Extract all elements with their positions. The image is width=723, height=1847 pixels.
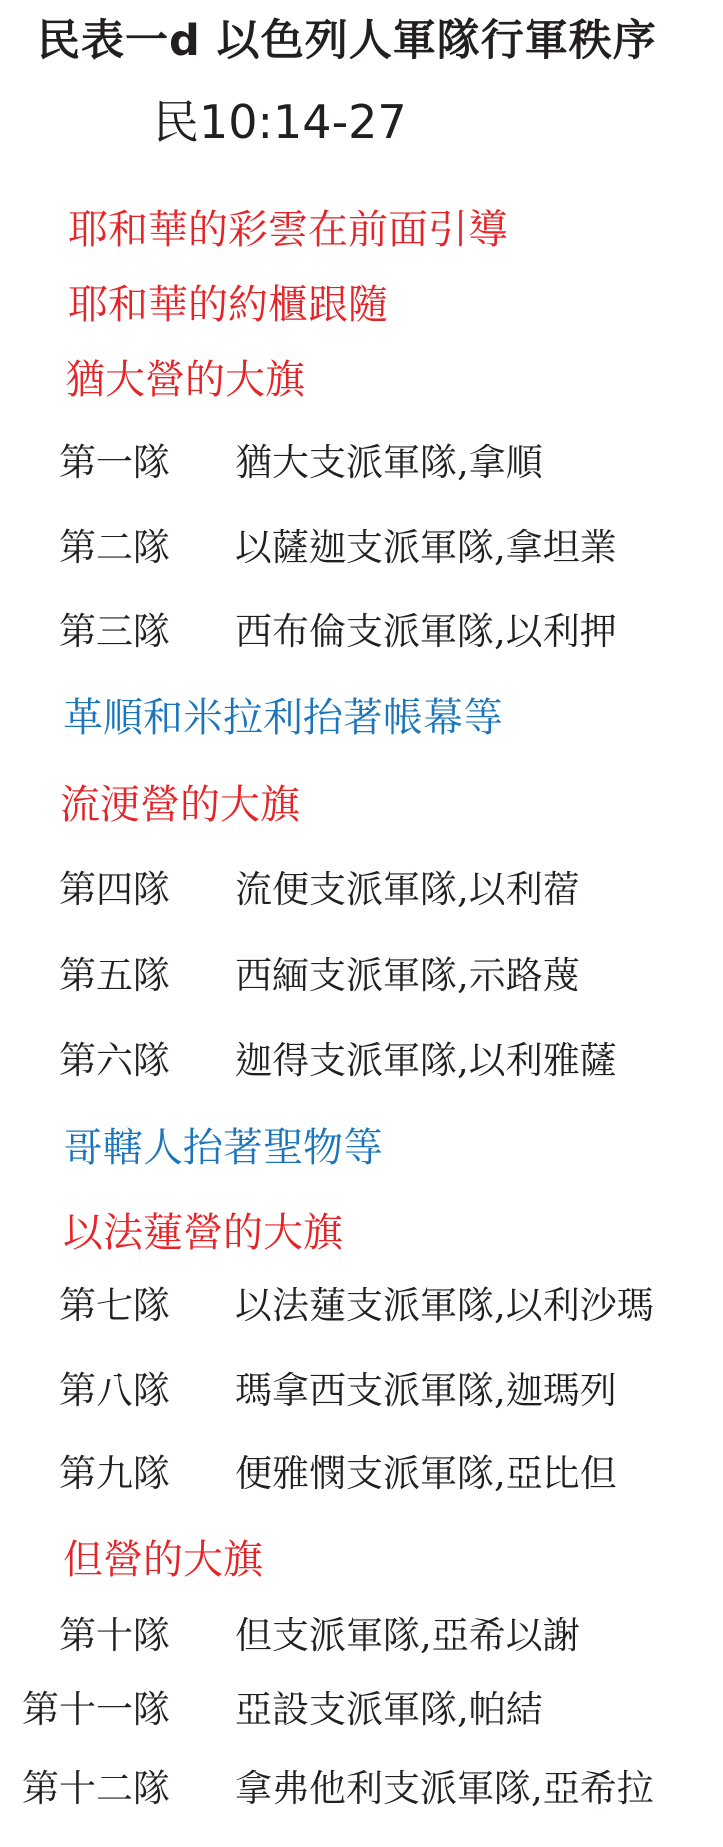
document-page: 民表一d 以色列人軍隊行軍秩序 民10:14-27 耶和華的彩雲在前面引導 耶和… xyxy=(0,0,723,1847)
camp-heading-reuben: 流浭營的大旗 xyxy=(60,785,300,825)
camp-heading-ephraim: 以法蓮營的大旗 xyxy=(63,1213,343,1253)
squad-label: 第二隊 xyxy=(0,529,170,566)
squad-detail: 亞設支派軍隊,帕結 xyxy=(235,1691,543,1728)
levite-note-gershon-merari: 革順和米拉利抬著帳幕等 xyxy=(63,698,503,738)
squad-label: 第九隊 xyxy=(0,1455,170,1492)
squad-label: 第三隊 xyxy=(0,613,170,650)
camp-heading-judah: 猶大營的大旗 xyxy=(65,360,305,400)
squad-row: 第二隊 以薩迦支派軍隊,拿坦業 xyxy=(0,529,723,571)
squad-label: 第八隊 xyxy=(0,1372,170,1409)
squad-detail: 流便支派軍隊,以利蓿 xyxy=(235,871,580,908)
squad-detail: 但支派軍隊,亞希以謝 xyxy=(235,1617,580,1654)
squad-row: 第五隊 西緬支派軍隊,示路蔑 xyxy=(0,957,723,999)
squad-label: 第十隊 xyxy=(0,1617,170,1654)
squad-detail: 西緬支派軍隊,示路蔑 xyxy=(235,957,580,994)
squad-row: 第九隊 便雅憫支派軍隊,亞比但 xyxy=(0,1455,723,1497)
squad-row: 第八隊 瑪拿西支派軍隊,迦瑪列 xyxy=(0,1372,723,1414)
squad-label: 第十一隊 xyxy=(0,1691,170,1728)
camp-heading-dan: 但營的大旗 xyxy=(63,1540,263,1580)
squad-row: 第十一隊 亞設支派軍隊,帕結 xyxy=(0,1691,723,1733)
squad-label: 第十二隊 xyxy=(0,1770,170,1807)
squad-detail: 拿弗他利支派軍隊,亞希拉 xyxy=(235,1770,654,1807)
page-title: 民表一d 以色列人軍隊行軍秩序 xyxy=(37,20,657,63)
squad-row: 第三隊 西布倫支派軍隊,以利押 xyxy=(0,613,723,655)
levite-note-kohath: 哥轄人抬著聖物等 xyxy=(63,1128,383,1168)
squad-label: 第五隊 xyxy=(0,957,170,994)
squad-detail: 瑪拿西支派軍隊,迦瑪列 xyxy=(235,1372,617,1409)
squad-row: 第四隊 流便支派軍隊,以利蓿 xyxy=(0,871,723,913)
squad-row: 第六隊 迦得支派軍隊,以利雅薩 xyxy=(0,1042,723,1084)
squad-label: 第七隊 xyxy=(0,1287,170,1324)
squad-row: 第七隊 以法蓮支派軍隊,以利沙瑪 xyxy=(0,1287,723,1329)
preface-line-ark: 耶和華的約櫃跟隨 xyxy=(68,285,388,325)
squad-row: 第十隊 但支派軍隊,亞希以謝 xyxy=(0,1617,723,1659)
squad-detail: 以薩迦支派軍隊,拿坦業 xyxy=(235,529,617,566)
squad-detail: 以法蓮支派軍隊,以利沙瑪 xyxy=(235,1287,654,1324)
preface-line-cloud: 耶和華的彩雲在前面引導 xyxy=(68,210,508,250)
squad-label: 第一隊 xyxy=(0,444,170,481)
squad-row: 第十二隊 拿弗他利支派軍隊,亞希拉 xyxy=(0,1770,723,1812)
squad-label: 第六隊 xyxy=(0,1042,170,1079)
squad-detail: 便雅憫支派軍隊,亞比但 xyxy=(235,1455,617,1492)
squad-label: 第四隊 xyxy=(0,871,170,908)
squad-detail: 猶大支派軍隊,拿順 xyxy=(235,444,543,481)
squad-detail: 西布倫支派軍隊,以利押 xyxy=(235,613,617,650)
squad-detail: 迦得支派軍隊,以利雅薩 xyxy=(235,1042,617,1079)
squad-row: 第一隊 猶大支派軍隊,拿順 xyxy=(0,444,723,486)
scripture-reference: 民10:14-27 xyxy=(153,99,407,145)
